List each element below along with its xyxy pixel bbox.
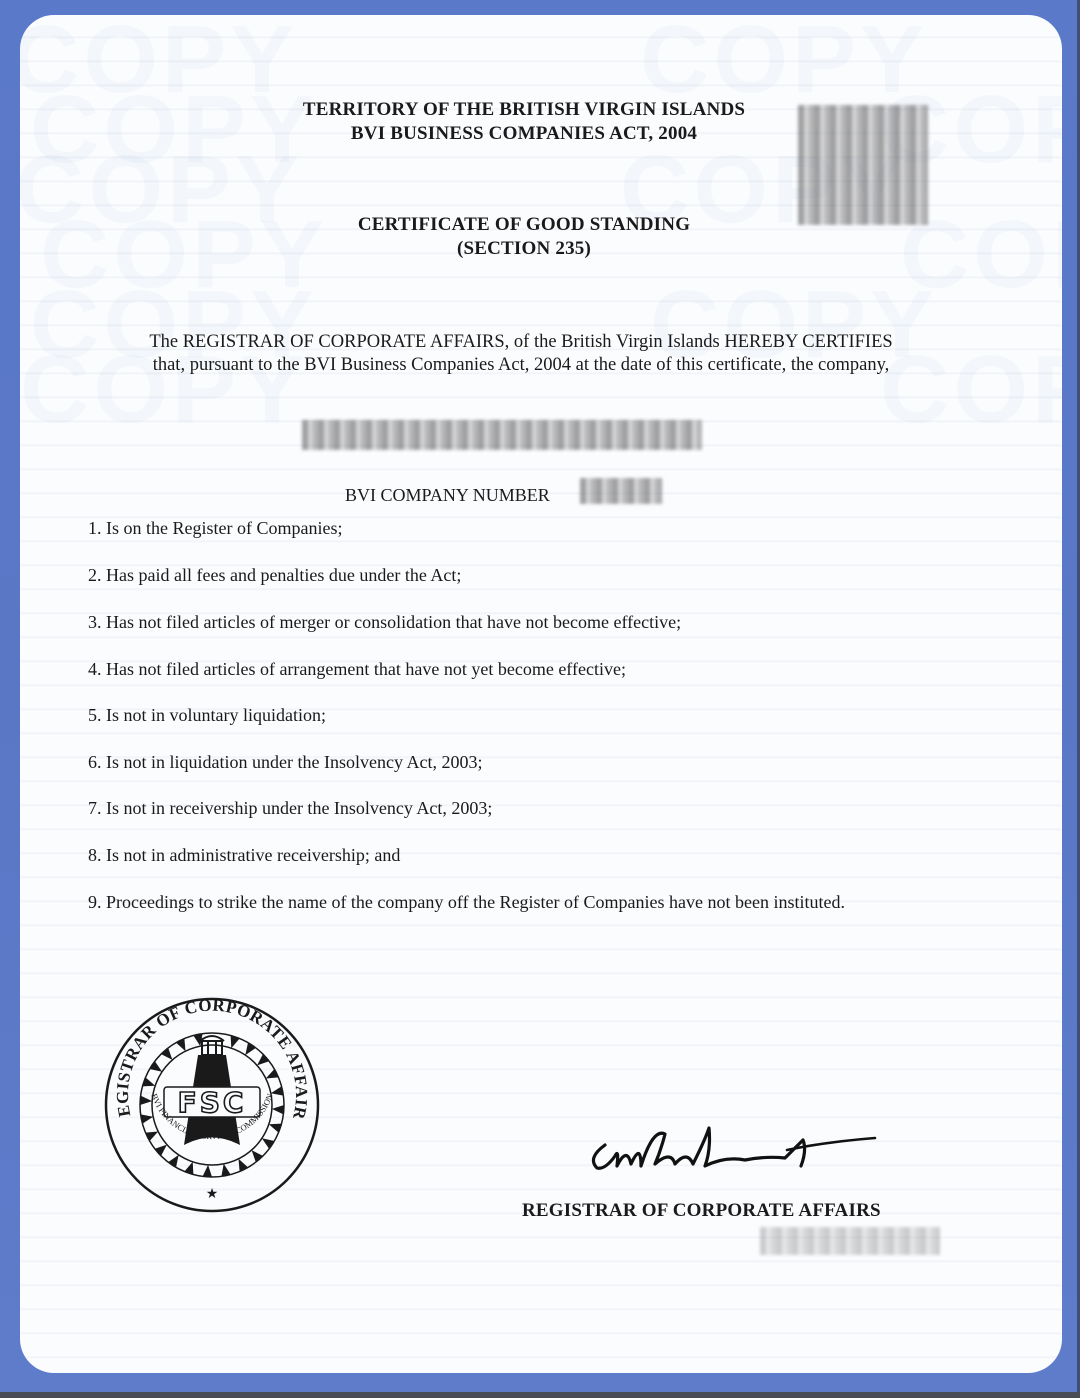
condition-item: 6. Is not in liquidation under the Insol… [88, 751, 888, 773]
signature-icon [575, 1120, 895, 1180]
star-icon: ★ [206, 1187, 219, 1202]
redacted-company-number [580, 478, 662, 504]
seal-logo-text: FSC [178, 1086, 247, 1119]
condition-item: 3. Has not filed articles of merger or c… [88, 611, 888, 633]
intro-line-1: The REGISTRAR OF CORPORATE AFFAIRS, of t… [20, 331, 1022, 354]
company-number-label: BVI COMPANY NUMBER [345, 485, 550, 506]
condition-item: 5. Is not in voluntary liquidation; [88, 704, 888, 726]
condition-item: 9. Proceedings to strike the name of the… [88, 891, 888, 913]
redacted-company-name [302, 420, 702, 450]
blue-border-frame: COPY COPY COPY COPY COPY COPY COPY COPY … [0, 0, 1080, 1392]
condition-item: 8. Is not in administrative receivership… [88, 844, 888, 866]
condition-item: 7. Is not in receivership under the Inso… [88, 797, 888, 819]
condition-item: 4. Has not filed articles of arrangement… [88, 658, 888, 680]
certificate-section: (SECTION 235) [20, 237, 1028, 260]
intro-line-2: that, pursuant to the BVI Business Compa… [20, 354, 1022, 377]
certificate-page: COPY COPY COPY COPY COPY COPY COPY COPY … [20, 15, 1062, 1373]
certificate-title: CERTIFICATE OF GOOD STANDING [20, 213, 1028, 236]
registrar-seal-icon: REGISTRAR OF CORPORATE AFFAIRS FSC BVI F… [102, 995, 322, 1215]
redacted-date [760, 1227, 940, 1255]
condition-item: 2. Has paid all fees and penalties due u… [88, 564, 888, 586]
condition-item: 1. Is on the Register of Companies; [88, 517, 888, 539]
signatory-title: REGISTRAR OF CORPORATE AFFAIRS [522, 1200, 881, 1222]
redacted-qr-code [798, 105, 928, 225]
